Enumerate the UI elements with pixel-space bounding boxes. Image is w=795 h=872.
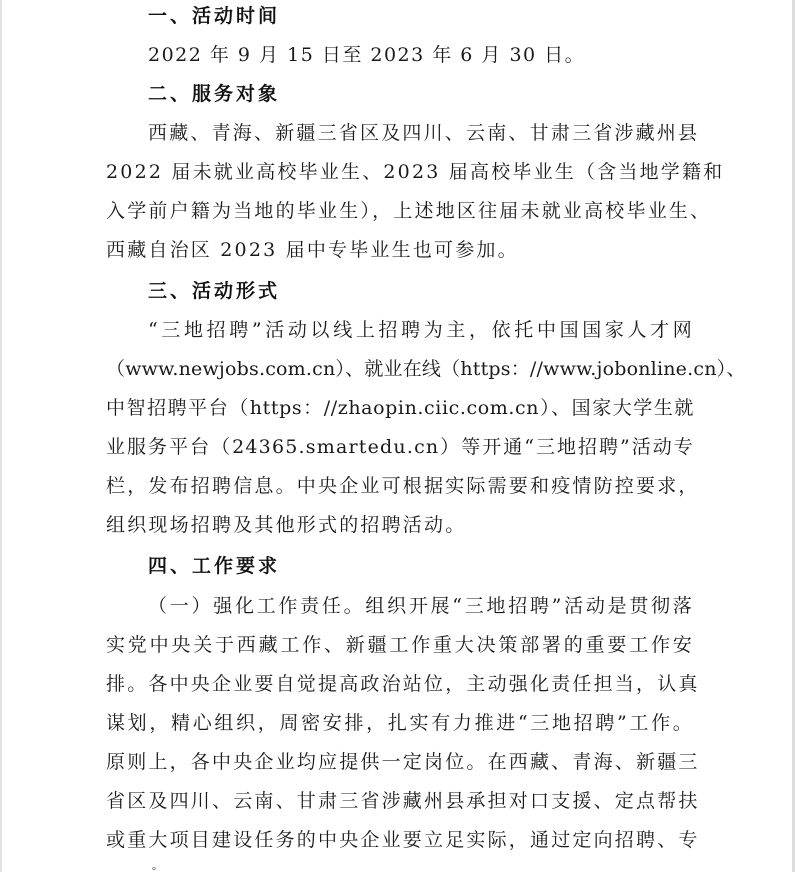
- paragraph-line: 排。各中央企业要自觉提高政治站位，主动强化责任担当，认真: [106, 669, 694, 699]
- paragraph-line: 业服务平台（24365.smartedu.cn）等开通“三地招聘”活动专: [106, 432, 694, 462]
- paragraph-line: 省区及四川、云南、甘肃三省涉藏州县承担对口支援、定点帮扶: [106, 786, 694, 816]
- paragraph-line: 或重大项目建设任务的中央企业要立足实际，通过定向招聘、专: [106, 825, 694, 855]
- paragraph-line: 栏，发布招聘信息。中央企业可根据实际需要和疫情防控要求，: [106, 471, 694, 501]
- paragraph-line: （www.newjobs.com.cn）、就业在线（https：//www.jo…: [106, 354, 694, 384]
- section-heading-service-target: 二、服务对象: [148, 79, 280, 109]
- paragraph-line: 谋划，精心组织，周密安排，扎实有力推进“三地招聘”工作。: [106, 708, 694, 738]
- activity-period-text: 2022 年 9 月 15 日至 2023 年 6 月 30 日。: [148, 40, 585, 70]
- paragraph-line: 2022 届未就业高校毕业生、2023 届高校毕业生（含当地学籍和: [106, 157, 694, 187]
- cut-off-next-line: °: [152, 866, 160, 872]
- paragraph-line: “三地招聘”活动以线上招聘为主，依托中国国家人才网: [148, 315, 694, 345]
- paragraph-line: 组织现场招聘及其他形式的招聘活动。: [106, 510, 694, 540]
- paragraph-line: 实党中央关于西藏工作、新疆工作重大决策部署的重要工作安: [106, 630, 694, 660]
- document-page: 一、活动时间 2022 年 9 月 15 日至 2023 年 6 月 30 日。…: [0, 0, 795, 872]
- section-heading-activity-time: 一、活动时间: [148, 1, 280, 31]
- paragraph-line: 原则上，各中央企业均应提供一定岗位。在西藏、青海、新疆三: [106, 747, 694, 777]
- paragraph-line: 中智招聘平台（https：//zhaopin.ciic.com.cn）、国家大学…: [106, 393, 694, 423]
- paragraph-line: （一）强化工作责任。组织开展“三地招聘”活动是贯彻落: [148, 591, 694, 621]
- paragraph-line: 西藏、青海、新疆三省区及四川、云南、甘肃三省涉藏州县: [148, 118, 694, 148]
- paragraph-line: 西藏自治区 2023 届中专毕业生也可参加。: [106, 235, 694, 265]
- section-heading-activity-format: 三、活动形式: [148, 276, 280, 306]
- paragraph-line: 入学前户籍为当地的毕业生），上述地区往届未就业高校毕业生、: [106, 196, 694, 226]
- section-heading-work-requirements: 四、工作要求: [148, 551, 280, 581]
